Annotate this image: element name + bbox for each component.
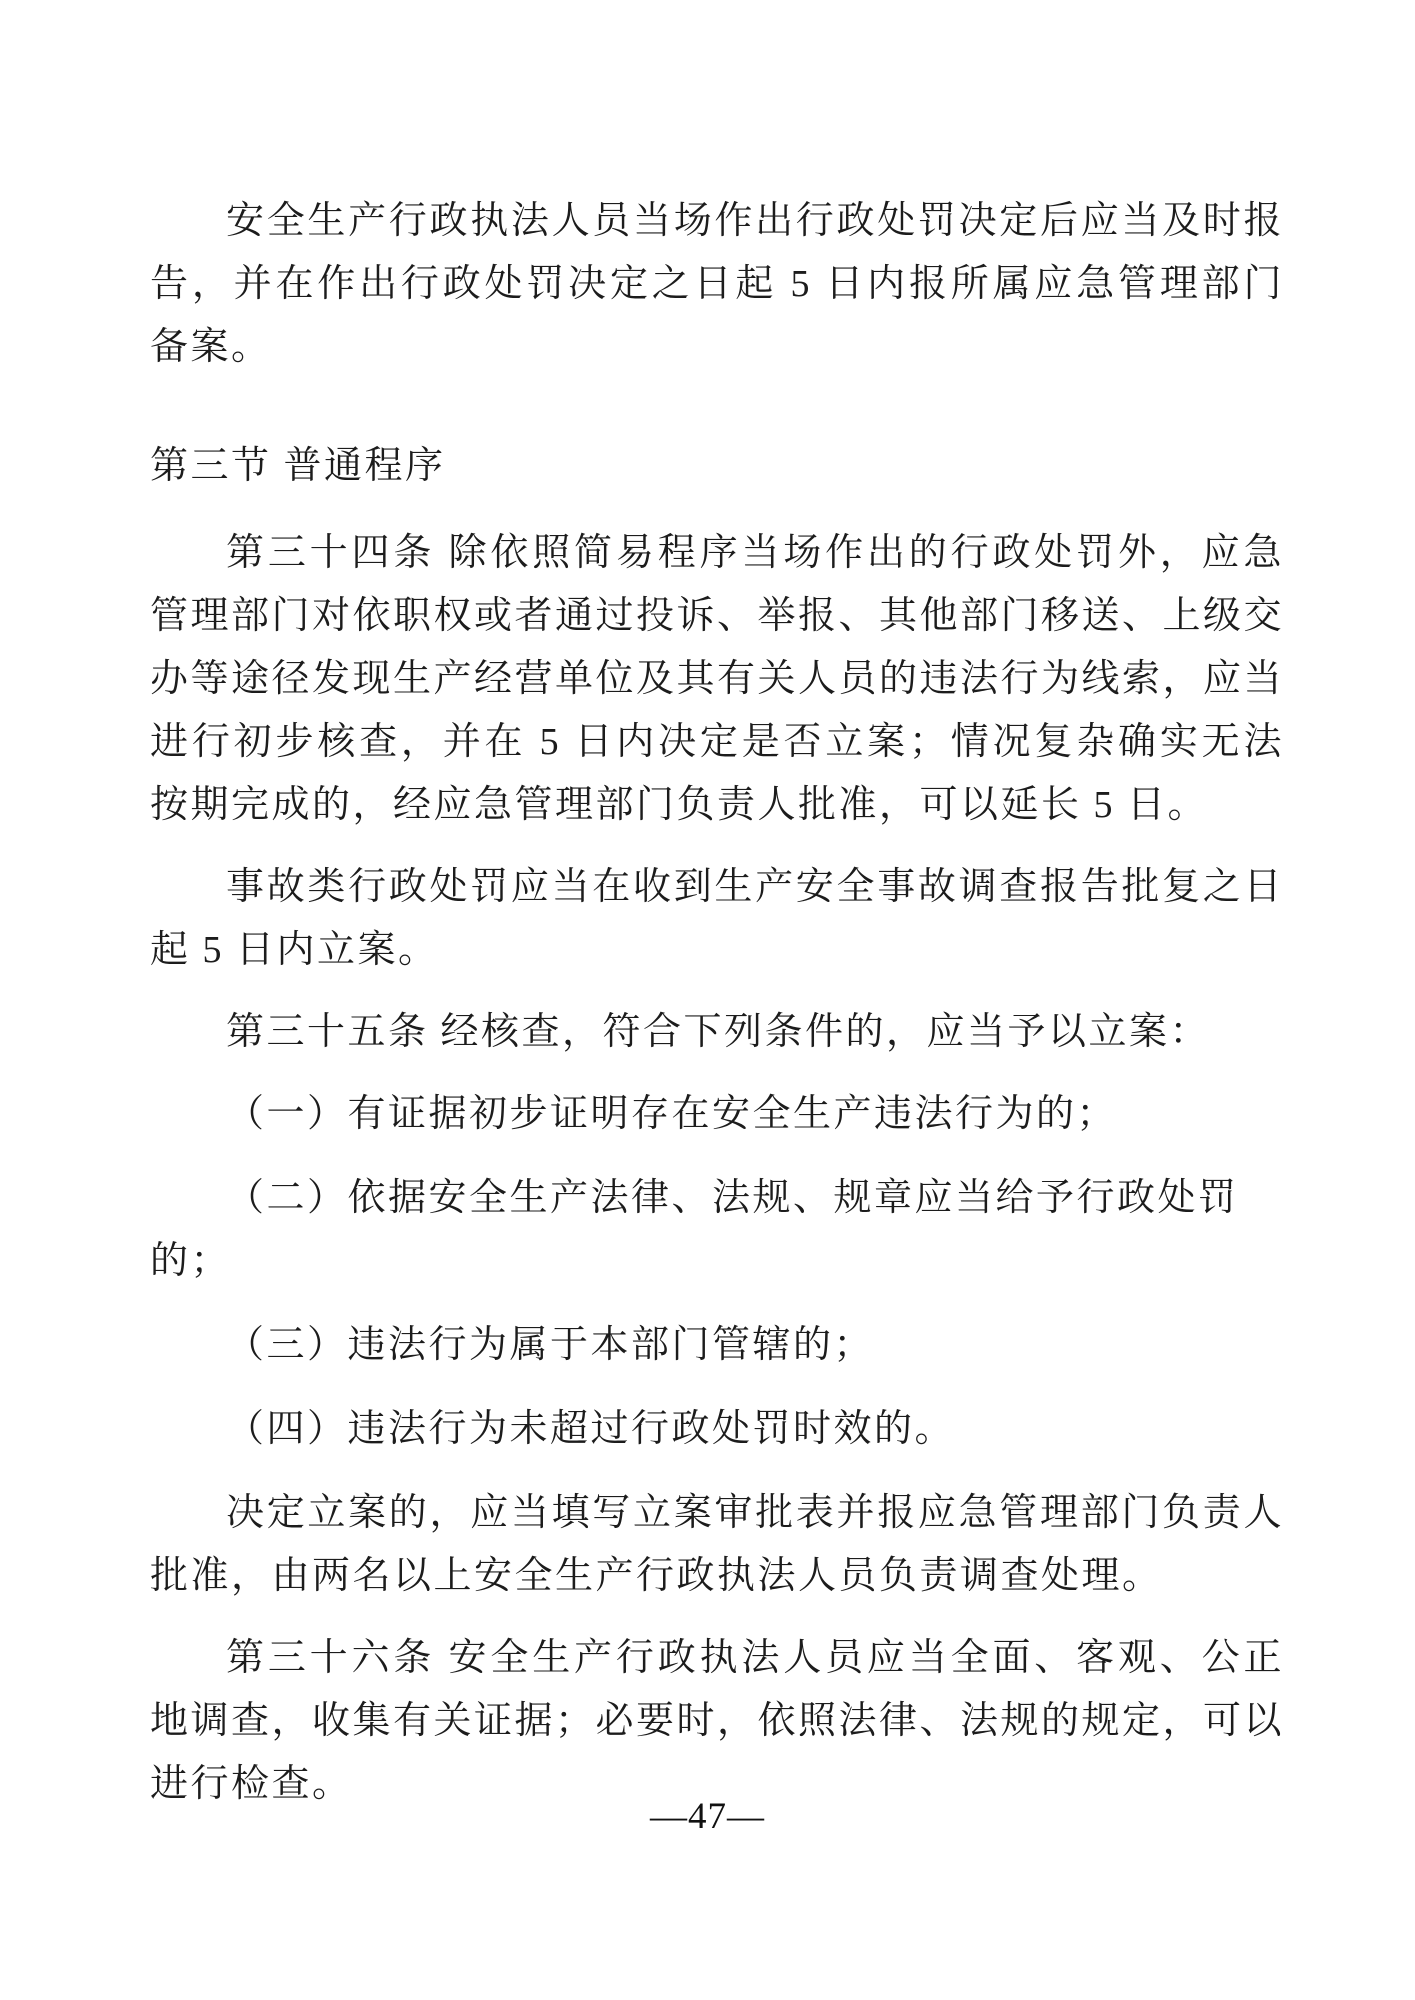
paragraph: 事故类行政处罚应当在收到生产安全事故调查报告批复之日起 5 日内立案。 [150, 856, 1284, 982]
list-item: （四）违法行为未超过行政处罚时效的。 [150, 1398, 1284, 1461]
paragraph: 决定立案的，应当填写立案审批表并报应急管理部门负责人批准，由两名以上安全生产行政… [150, 1482, 1284, 1608]
list-item: （三）违法行为属于本部门管辖的； [150, 1314, 1284, 1377]
list-item: （一）有证据初步证明存在安全生产违法行为的； [150, 1083, 1284, 1146]
paragraph: 第三十六条 安全生产行政执法人员应当全面、客观、公正地调查，收集有关证据；必要时… [150, 1627, 1284, 1816]
list-item: （二）依据安全生产法律、法规、规章应当给予行政处罚的； [150, 1167, 1284, 1293]
section-heading: 第三节 普通程序 [150, 435, 1284, 498]
paragraph: 第三十五条 经核查，符合下列条件的，应当予以立案： [150, 1001, 1284, 1064]
paragraph: 第三十四条 除依照简易程序当场作出的行政处罚外，应急管理部门对依职权或者通过投诉… [150, 522, 1284, 837]
paragraph: 安全生产行政执法人员当场作出行政处罚决定后应当及时报告，并在作出行政处罚决定之日… [150, 190, 1284, 379]
document-text-block: 安全生产行政执法人员当场作出行政处罚决定后应当及时报告，并在作出行政处罚决定之日… [150, 190, 1284, 1835]
document-page: 安全生产行政执法人员当场作出行政处罚决定后应当及时报告，并在作出行政处罚决定之日… [0, 0, 1415, 2000]
page-number: —47— [0, 1795, 1415, 1838]
